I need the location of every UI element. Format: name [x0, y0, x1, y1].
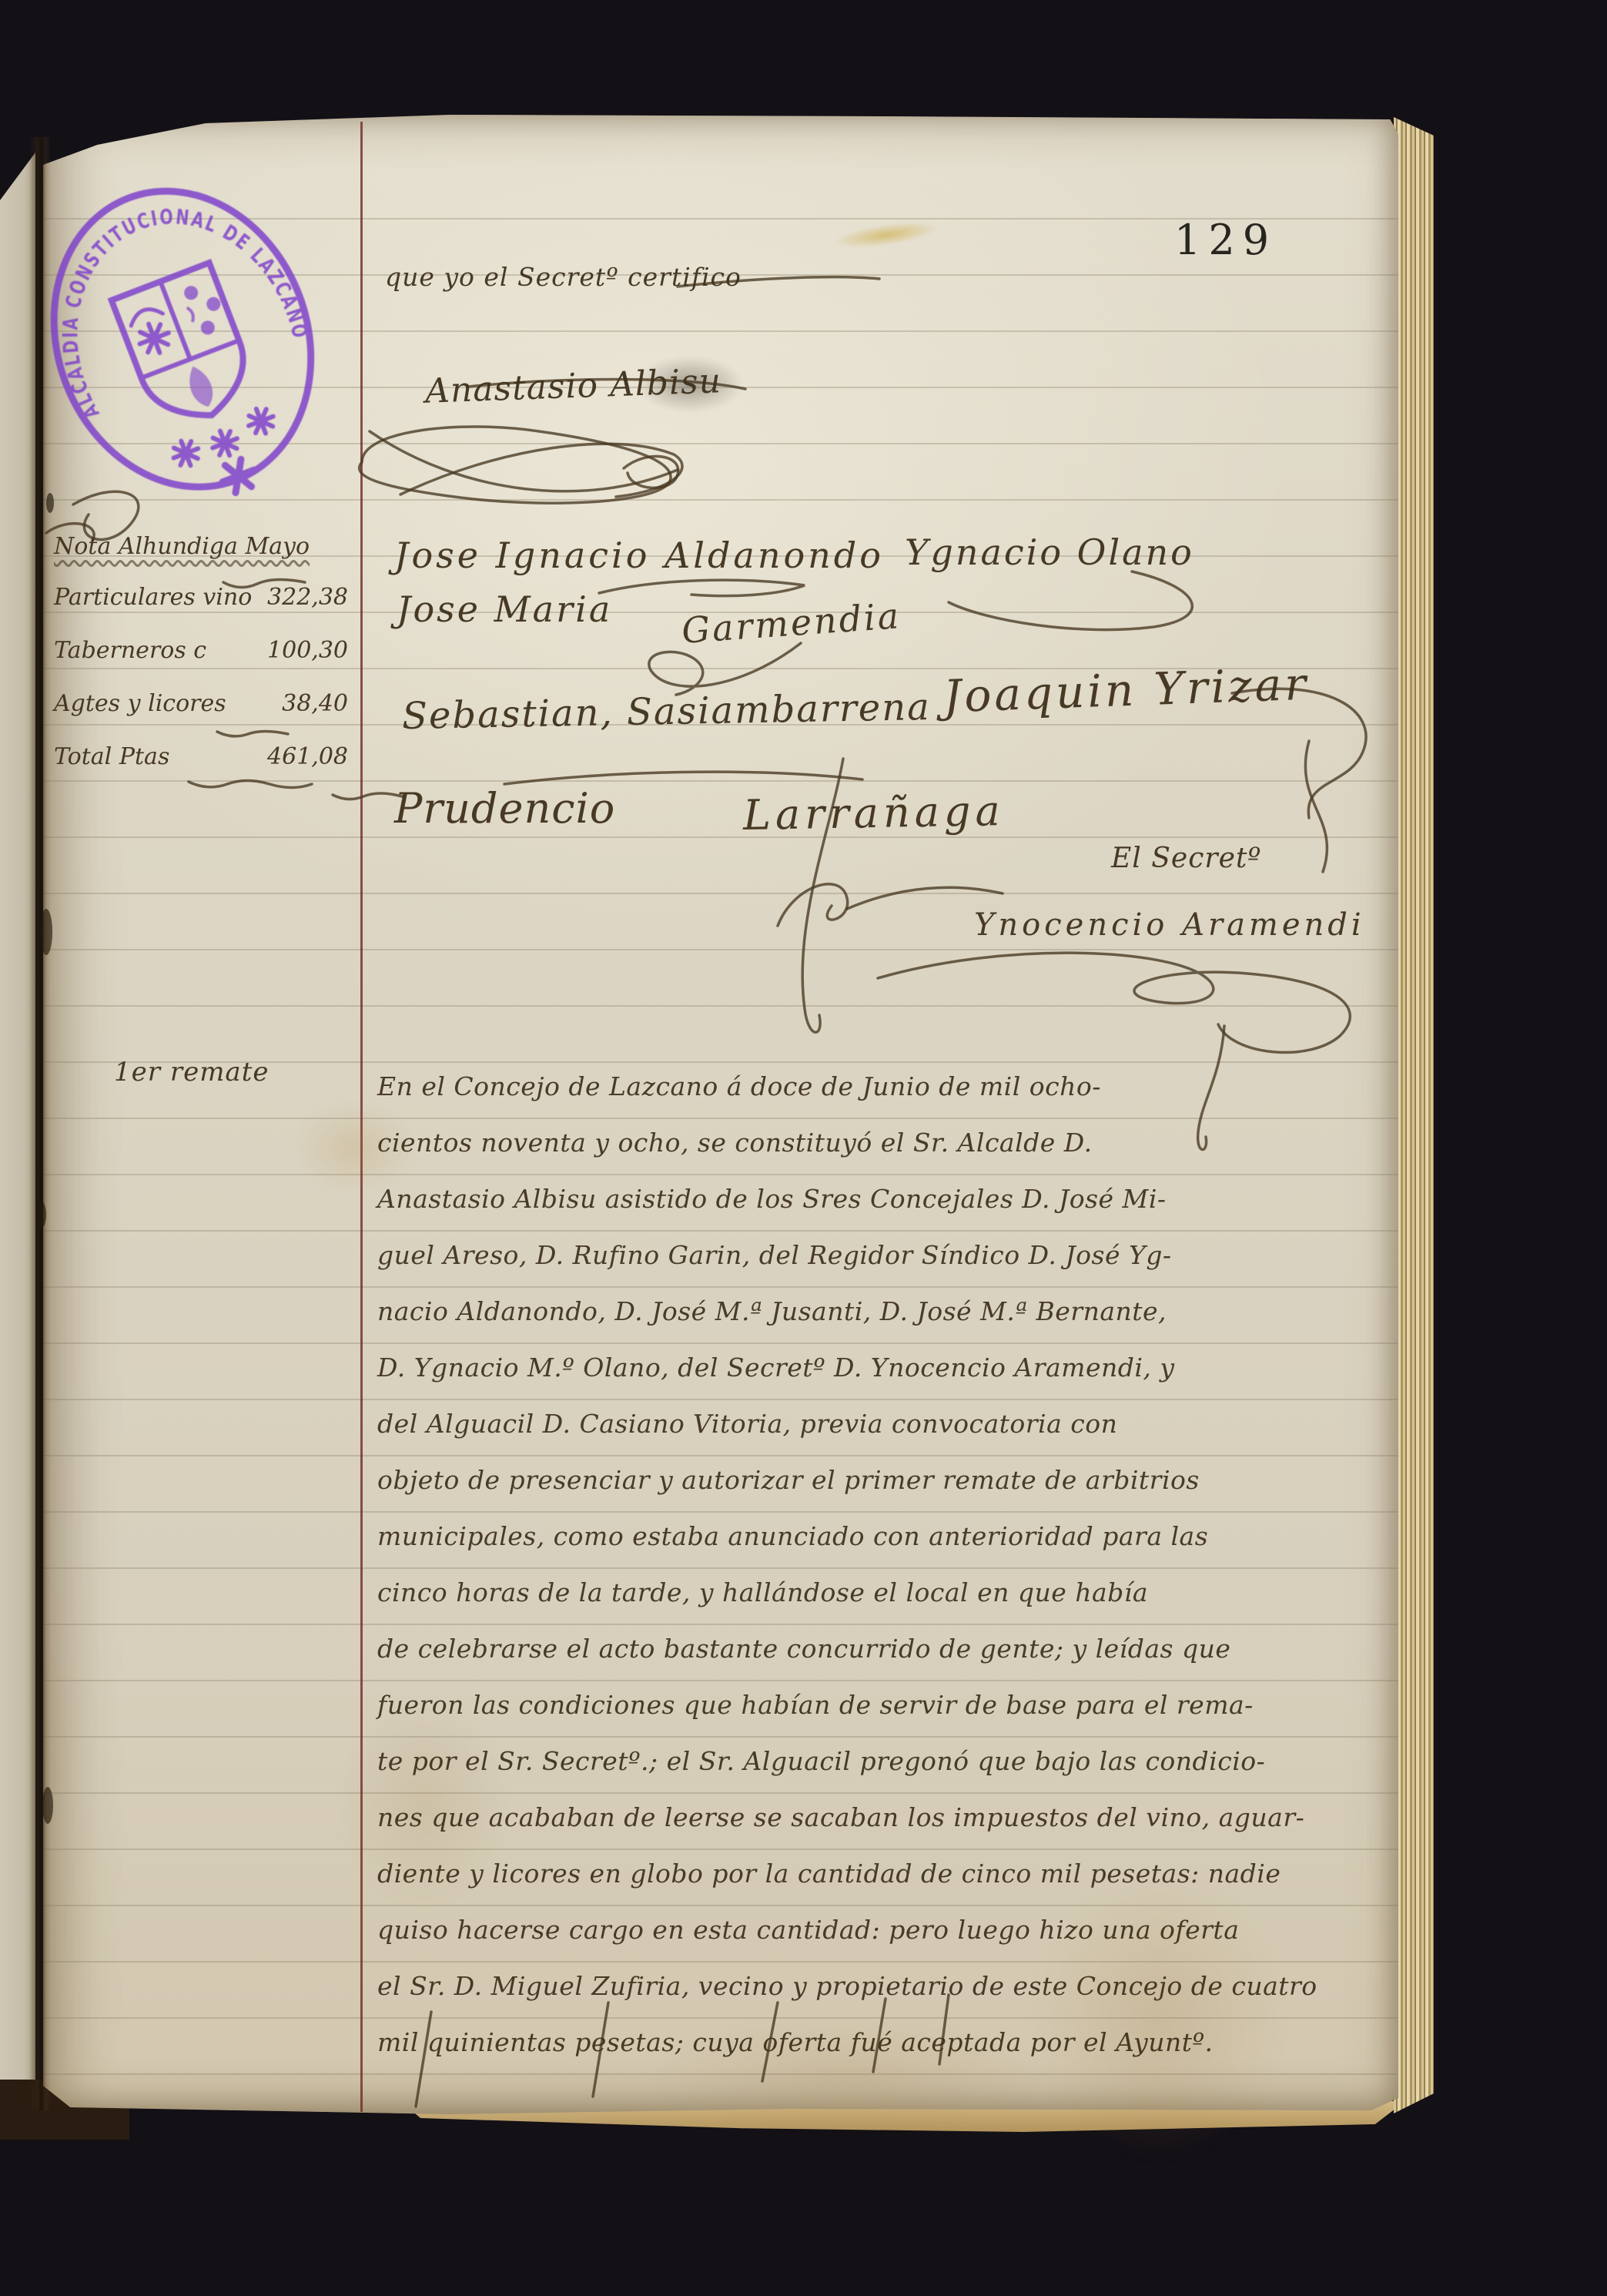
margin-row-label: Agtes y licores	[54, 690, 226, 743]
aramendi-flourish	[878, 953, 1350, 1052]
margin-row-taberneros: Taberneros c 100,30	[54, 637, 348, 690]
body-line: objeto de presenciar y autorizar el prim…	[377, 1452, 1409, 1508]
scanned-book-photo: 129 ALCALDIA CONSTITUCIONAL DE LAZCANO	[0, 0, 1607, 2296]
body-line: del Alguacil D. Casiano Vitoria, previa …	[377, 1396, 1409, 1452]
body-line: fueron las condiciones que habían de ser…	[377, 1677, 1409, 1733]
margin-row-value: 100,30	[267, 637, 348, 690]
body-line: diente y licores en globo por la cantida…	[377, 1845, 1409, 1902]
margin-row-label: Taberneros c	[54, 637, 206, 690]
olano-swash	[949, 571, 1192, 630]
body-line: te por el Sr. Secretº.; el Sr. Alguacil …	[377, 1733, 1409, 1789]
certification-line: que yo el Secretº certifico	[385, 262, 742, 292]
prudencio-strike	[504, 772, 862, 784]
margin-row-particulares: Particulares vino 322,38	[54, 584, 348, 637]
body-line: el Sr. D. Miguel Zufiria, vecino y propi…	[377, 1958, 1409, 2014]
signature-prudencio: Prudencio	[394, 784, 615, 833]
body-line: D. Ygnacio M.º Olano, del Secretº D. Yno…	[377, 1339, 1409, 1396]
signature-ynocencio-aramendi: Ynocencio Aramendi	[974, 907, 1365, 943]
body-line: En el Concejo de Lazcano á doce de Junio…	[377, 1058, 1409, 1114]
page-number: 129	[1174, 216, 1277, 264]
margin-row-licores: Agtes y licores 38,40	[54, 690, 348, 743]
stamp-shield	[112, 263, 261, 434]
body-line: mil quinientas pesetas; cuya oferta fué …	[377, 2014, 1409, 2070]
secretary-title: El Secretº	[1111, 843, 1261, 874]
signature-jose-maria: Jose Maria	[397, 588, 612, 630]
margin-row-value: 38,40	[282, 690, 348, 743]
minutes-body: En el Concejo de Lazcano á doce de Junio…	[377, 1058, 1409, 2070]
body-line: municipales, como estaba anunciado con a…	[377, 1508, 1409, 1564]
signature-sebastian-sasiambarrena: Sebastian, Sasiambarrena	[402, 685, 932, 738]
aldanondo-underline	[599, 580, 805, 596]
stamp-star-quarter	[134, 318, 174, 358]
margin-row-label: Particulares vino	[54, 584, 252, 637]
body-line: nes que acababan de leerse se sacaban lo…	[377, 1789, 1409, 1845]
margin-row-label: Total Ptas	[54, 743, 169, 796]
secretary-el-stroke	[847, 887, 1003, 909]
body-line: quiso hacerse cargo en esta cantidad: pe…	[377, 1902, 1409, 1958]
body-line: nacio Aldanondo, D. José M.ª Jusanti, D.…	[377, 1283, 1409, 1339]
body-line: de celebrarse el acto bastante concurrid…	[377, 1621, 1409, 1677]
signature-ygnacio-olano: Ygnacio Olano	[905, 531, 1194, 573]
margin-entry-label: 1er remate	[114, 1057, 269, 1088]
signature-larranaga: Larrañaga	[742, 786, 1005, 840]
margin-note-heading: Nota Alhundiga Mayo	[54, 533, 348, 584]
stamp-tree	[183, 363, 218, 411]
margin-row-total: Total Ptas 461,08	[54, 743, 348, 796]
margin-account-note: Nota Alhundiga Mayo Particulares vino 32…	[54, 533, 348, 796]
body-line: Anastasio Albisu asistido de los Sres Co…	[377, 1171, 1409, 1227]
signature-jose-ignacio-aldanondo: Jose Ignacio Aldanondo	[394, 535, 884, 576]
stamp-bottom-asterisk	[217, 456, 259, 495]
body-line: cinco horas de la tarde, y hallándose el…	[377, 1564, 1409, 1621]
stamp-fruit-quarter	[180, 278, 230, 339]
body-line: cientos noventa y ocho, se constituyó el…	[377, 1114, 1409, 1171]
margin-row-value: 461,08	[267, 743, 348, 796]
body-line: guel Areso, D. Rufino Garin, del Regidor…	[377, 1227, 1409, 1283]
margin-row-value: 322,38	[267, 584, 348, 637]
albisu-flourish-3	[370, 431, 678, 491]
garmendia-tail	[649, 643, 801, 695]
